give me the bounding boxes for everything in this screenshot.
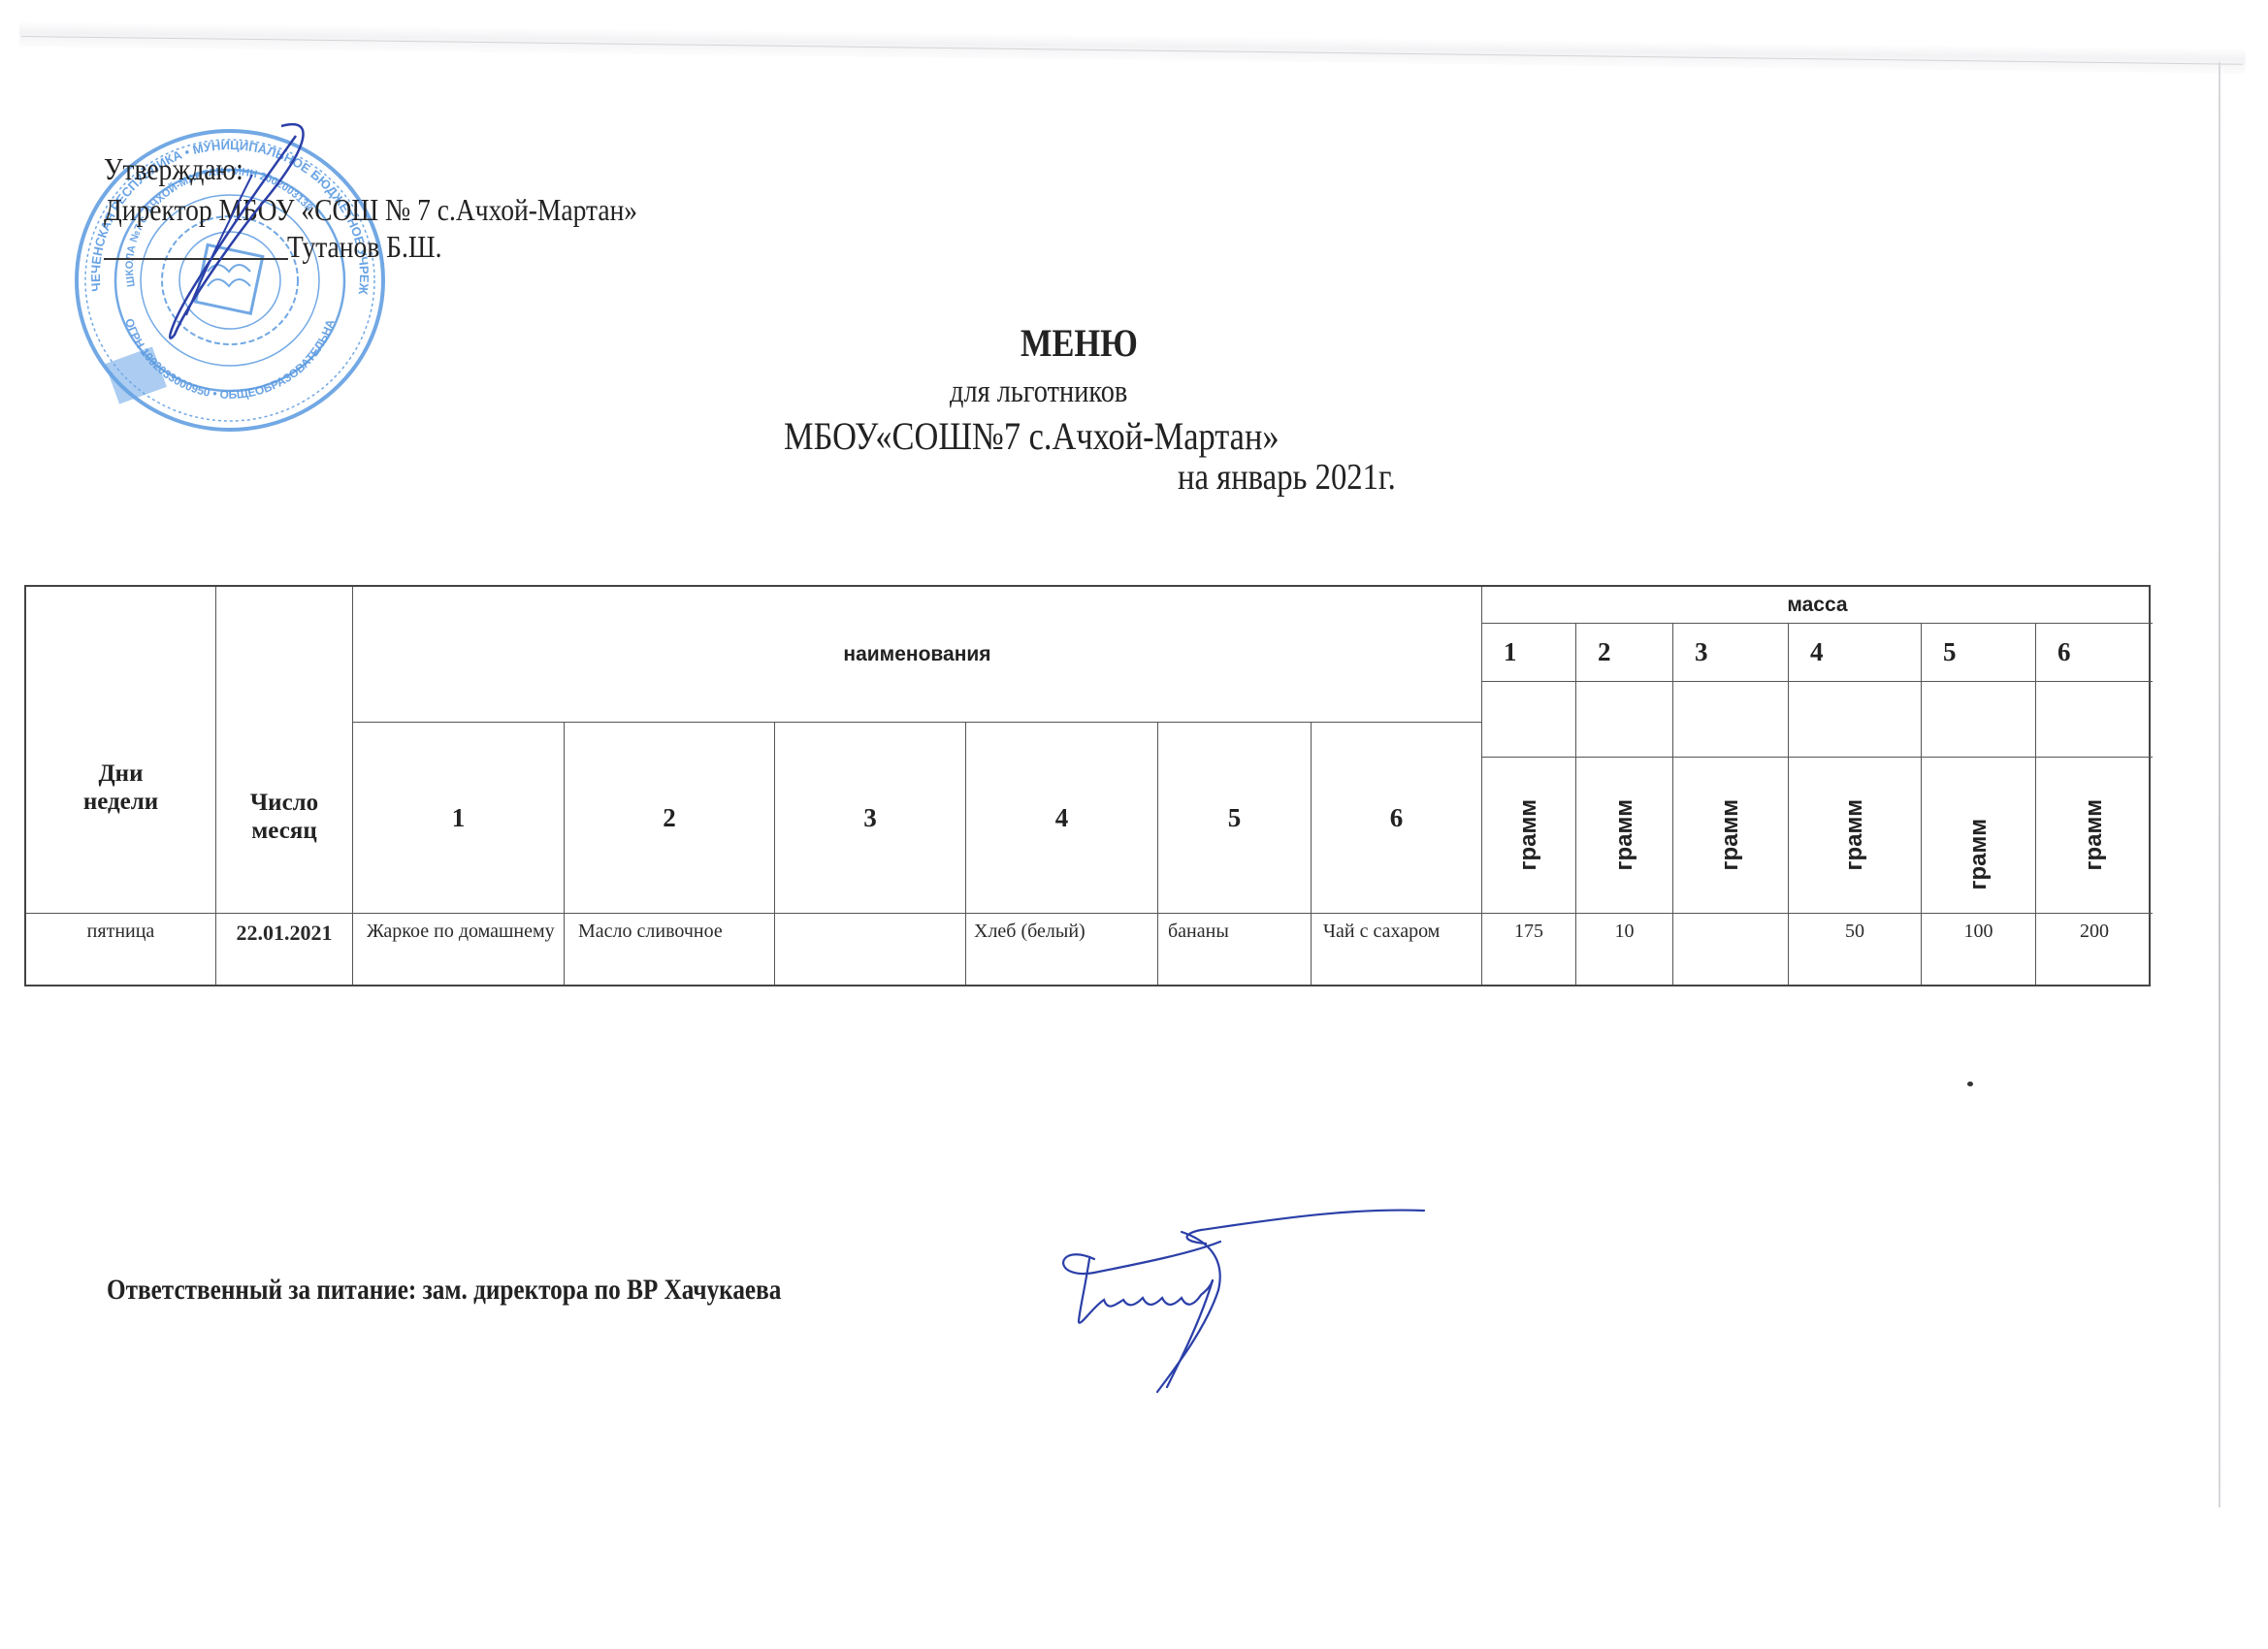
header-date-label: Число месяц — [241, 790, 328, 846]
header-mass-col-6: 6 — [2036, 624, 2153, 682]
header-day: Дни недели — [26, 587, 216, 914]
header-mass-unit-3: грамм — [1673, 758, 1789, 914]
table-row-item-2: Масло сливочное — [565, 914, 775, 985]
header-name-col-2: 2 — [565, 723, 775, 914]
menu-table: Дни недели Число месяц наименования 1 2 … — [24, 585, 2151, 986]
header-mass-unit-4: грамм — [1789, 758, 1922, 914]
header-mass-unit-5: грамм — [1922, 758, 2036, 914]
page-title: МЕНЮ — [1021, 324, 1138, 363]
header-mass-empty-cell — [1922, 682, 2036, 758]
header-date: Число месяц — [216, 587, 353, 914]
menu-period: на январь 2021г. — [1178, 459, 1396, 496]
unit-label: грамм — [1717, 799, 1744, 871]
unit-label: грамм — [2081, 799, 2108, 871]
table-row-item-5: бананы — [1158, 914, 1312, 985]
table-row-mass-5: 100 — [1922, 914, 2036, 985]
table-row-mass-1: 175 — [1482, 914, 1576, 985]
header-mass-empty-cell — [1673, 682, 1789, 758]
responsible-signature-icon — [1036, 1203, 1443, 1397]
page-subtitle: для льготников — [950, 376, 1127, 408]
table-row-item-4: Хлеб (белый) — [966, 914, 1158, 985]
header-name-col-1: 1 — [353, 723, 565, 914]
table-row-mass-4: 50 — [1789, 914, 1922, 985]
table-row-mass-3 — [1673, 914, 1789, 985]
table-row-item-1: Жаркое по домашнему — [353, 914, 565, 985]
header-mass-empty-cell — [2036, 682, 2153, 758]
responsible-person: Ответственный за питание: зам. директора… — [107, 1274, 781, 1307]
table-row-date: 22.01.2021 — [216, 914, 353, 985]
header-mass-empty-cell — [1482, 682, 1576, 758]
table-row-item-6: Чай с сахаром — [1312, 914, 1482, 985]
header-mass-col-3: 3 — [1673, 624, 1789, 682]
header-mass-empty-cell — [1576, 682, 1673, 758]
header-names-group: наименования — [353, 587, 1482, 723]
header-mass-col-4: 4 — [1789, 624, 1922, 682]
school-name: МБОУ«СОШ№7 с.Ачхой-Мартан» — [784, 417, 1280, 456]
header-mass-unit-2: грамм — [1576, 758, 1673, 914]
table-row-mass-6: 200 — [2036, 914, 2153, 985]
scan-shadow-band — [19, 21, 2246, 74]
header-mass-col-5: 5 — [1922, 624, 2036, 682]
unit-label: грамм — [1515, 799, 1542, 871]
header-mass-unit-6: грамм — [2036, 758, 2153, 914]
scan-edge-right — [2219, 62, 2220, 1507]
unit-label: грамм — [1611, 799, 1638, 871]
scan-speck — [1967, 1082, 1973, 1086]
header-day-label: Дни недели — [68, 760, 175, 817]
header-mass-col-1: 1 — [1482, 624, 1576, 682]
unit-label: грамм — [1841, 799, 1868, 871]
table-row-item-3 — [775, 914, 966, 985]
unit-label: грамм — [1965, 819, 1993, 890]
header-name-col-3: 3 — [775, 723, 966, 914]
table-row-day: пятница — [26, 914, 216, 985]
header-mass-empty-cell — [1789, 682, 1922, 758]
header-name-col-4: 4 — [966, 723, 1158, 914]
header-mass-group: масса — [1482, 587, 2153, 624]
header-name-col-6: 6 — [1312, 723, 1482, 914]
director-signature-icon — [146, 116, 340, 349]
header-mass-unit-1: грамм — [1482, 758, 1576, 914]
header-mass-col-2: 2 — [1576, 624, 1673, 682]
header-name-col-5: 5 — [1158, 723, 1312, 914]
table-row-mass-2: 10 — [1576, 914, 1673, 985]
